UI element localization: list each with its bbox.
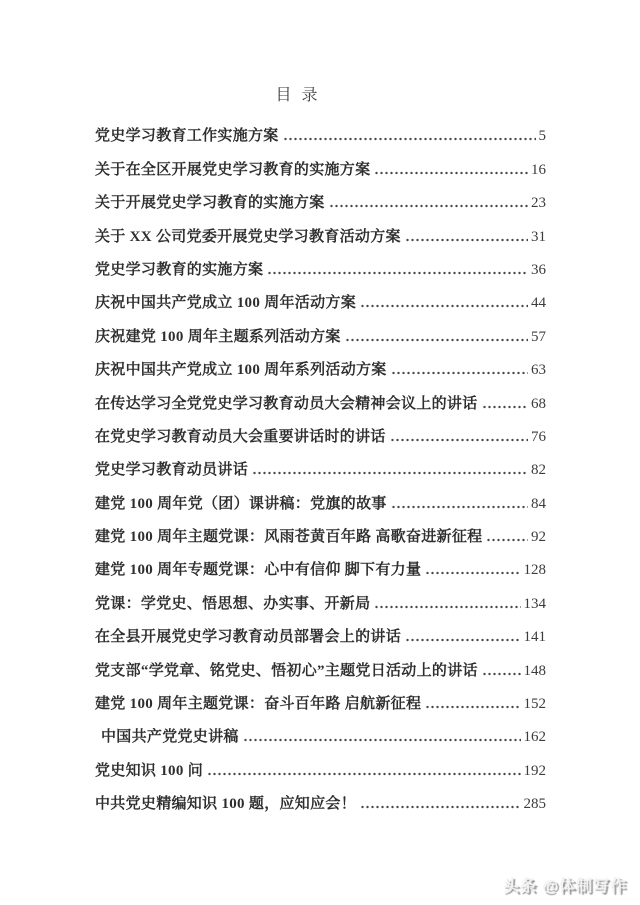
toc-entry-title: 党支部“学党章、铭党史、悟初心”主题党日活动上的讲话	[95, 661, 478, 681]
toc-entry-page: 285	[524, 794, 547, 814]
dot-leader	[405, 238, 528, 242]
toc-entry: 党课：学党史、悟思想、办实事、开新局 134	[95, 580, 546, 613]
page-title: 目 录	[0, 0, 596, 105]
toc-entry-page: 141	[524, 627, 547, 647]
toc-entry-page: 92	[531, 527, 546, 547]
toc-entry-title: 党史学习教育的实施方案	[95, 260, 263, 280]
toc-entry-title: 党课：学党史、悟思想、办实事、开新局	[95, 594, 370, 614]
toc-entry-title: 建党 100 周年主题党课：奋斗百年路 启航新征程	[95, 694, 421, 714]
toc-entry-title: 党史学习教育动员讲话	[95, 460, 248, 480]
toc-entry-page: 148	[524, 661, 547, 681]
toc-entry-page: 23	[531, 193, 546, 213]
dot-leader	[243, 738, 521, 742]
toc-entry-page: 63	[531, 360, 546, 380]
dot-leader	[345, 338, 528, 342]
toc-entry: 建党 100 周年主题党课：奋斗百年路 启航新征程 152	[95, 681, 546, 714]
toc-entry-title: 在传达学习全党党史学习教育动员大会精神会议上的讲话	[95, 394, 478, 414]
dot-leader	[360, 304, 528, 308]
document-page: 目 录 党史学习教育工作实施方案 5 关于在全区开展党史学习教育的实施方案 16…	[0, 0, 640, 905]
watermark: 头条 @体制写作	[503, 873, 627, 896]
toc-entry: 中国共产党党史讲稿 162	[95, 714, 546, 747]
toc-entry-page: 5	[539, 126, 547, 146]
dot-leader	[329, 204, 528, 208]
dot-leader	[405, 638, 520, 642]
toc-entry: 建党 100 周年主题党课：风雨苍黄百年路 高歌奋进新征程 92	[95, 514, 546, 547]
dot-leader	[207, 772, 520, 776]
dot-leader	[374, 605, 520, 609]
dot-leader	[267, 271, 528, 275]
toc-entry: 庆祝中国共产党成立 100 周年系列活动方案 63	[95, 347, 546, 380]
toc-entry: 党史学习教育的实施方案 36	[95, 247, 546, 280]
toc-entry: 建党 100 周年党（团）课讲稿：党旗的故事 84	[95, 480, 546, 513]
toc-entry-page: 44	[531, 293, 546, 313]
dot-leader	[391, 371, 528, 375]
toc-entry-title: 庆祝中国共产党成立 100 周年系列活动方案	[95, 360, 387, 380]
toc-entry-page: 84	[531, 494, 546, 514]
dot-leader	[425, 705, 520, 709]
toc-entry-page: 31	[531, 227, 546, 247]
toc-entry: 党史学习教育工作实施方案 5	[95, 113, 546, 146]
dot-leader	[486, 538, 528, 542]
toc-entry-page: 57	[531, 327, 546, 347]
toc-entry-page: 16	[531, 160, 546, 180]
toc-list: 党史学习教育工作实施方案 5 关于在全区开展党史学习教育的实施方案 16 关于开…	[0, 113, 640, 814]
dot-leader	[482, 405, 528, 409]
toc-entry: 建党 100 周年专题党课：心中有信仰 脚下有力量 128	[95, 547, 546, 580]
toc-entry-title: 党史知识 100 问	[95, 761, 203, 781]
toc-entry-title: 中共党史精编知识 100 题，应知应会！	[95, 794, 356, 814]
dot-leader	[283, 137, 536, 141]
toc-entry: 庆祝建党 100 周年主题系列活动方案 57	[95, 313, 546, 346]
toc-entry: 党史学习教育动员讲话 82	[95, 447, 546, 480]
toc-entry: 在党史学习教育动员大会重要讲话时的讲话 76	[95, 414, 546, 447]
toc-entry-page: 152	[524, 694, 547, 714]
toc-entry-title: 关于在全区开展党史学习教育的实施方案	[95, 160, 370, 180]
dot-leader	[360, 805, 520, 809]
dot-leader	[391, 505, 528, 509]
toc-entry: 在全县开展党史学习教育动员部署会上的讲话 141	[95, 614, 546, 647]
toc-entry: 关于开展党史学习教育的实施方案 23	[95, 180, 546, 213]
toc-entry-title: 建党 100 周年专题党课：心中有信仰 脚下有力量	[95, 560, 421, 580]
toc-entry-page: 134	[524, 594, 547, 614]
dot-leader	[374, 171, 528, 175]
toc-entry-page: 162	[524, 727, 547, 747]
toc-entry: 党支部“学党章、铭党史、悟初心”主题党日活动上的讲话 148	[95, 647, 546, 680]
dot-leader	[482, 672, 521, 676]
toc-entry: 关于 XX 公司党委开展党史学习教育活动方案 31	[95, 213, 546, 246]
dot-leader	[252, 471, 528, 475]
toc-entry-title: 庆祝建党 100 周年主题系列活动方案	[95, 327, 341, 347]
toc-entry-title: 在党史学习教育动员大会重要讲话时的讲话	[95, 427, 386, 447]
toc-entry-page: 68	[531, 394, 546, 414]
toc-entry-title: 在全县开展党史学习教育动员部署会上的讲话	[95, 627, 401, 647]
dot-leader	[390, 438, 528, 442]
toc-entry-title: 关于 XX 公司党委开展党史学习教育活动方案	[95, 227, 401, 247]
toc-entry-title: 建党 100 周年党（团）课讲稿：党旗的故事	[95, 494, 387, 514]
toc-entry-page: 128	[524, 560, 547, 580]
toc-entry: 关于在全区开展党史学习教育的实施方案 16	[95, 146, 546, 179]
toc-entry-page: 36	[531, 260, 546, 280]
toc-entry: 中共党史精编知识 100 题，应知应会！ 285	[95, 781, 546, 814]
toc-entry-page: 82	[531, 460, 546, 480]
toc-entry-title: 关于开展党史学习教育的实施方案	[95, 193, 325, 213]
dot-leader	[425, 571, 520, 575]
toc-entry-title: 党史学习教育工作实施方案	[95, 126, 279, 146]
toc-entry-title: 中国共产党党史讲稿	[95, 727, 239, 747]
toc-entry-page: 76	[531, 427, 546, 447]
toc-entry-title: 建党 100 周年主题党课：风雨苍黄百年路 高歌奋进新征程	[95, 527, 482, 547]
toc-entry-page: 192	[524, 761, 547, 781]
toc-entry: 党史知识 100 问 192	[95, 747, 546, 780]
toc-entry-title: 庆祝中国共产党成立 100 周年活动方案	[95, 293, 356, 313]
toc-entry: 庆祝中国共产党成立 100 周年活动方案 44	[95, 280, 546, 313]
toc-entry: 在传达学习全党党史学习教育动员大会精神会议上的讲话 68	[95, 380, 546, 413]
